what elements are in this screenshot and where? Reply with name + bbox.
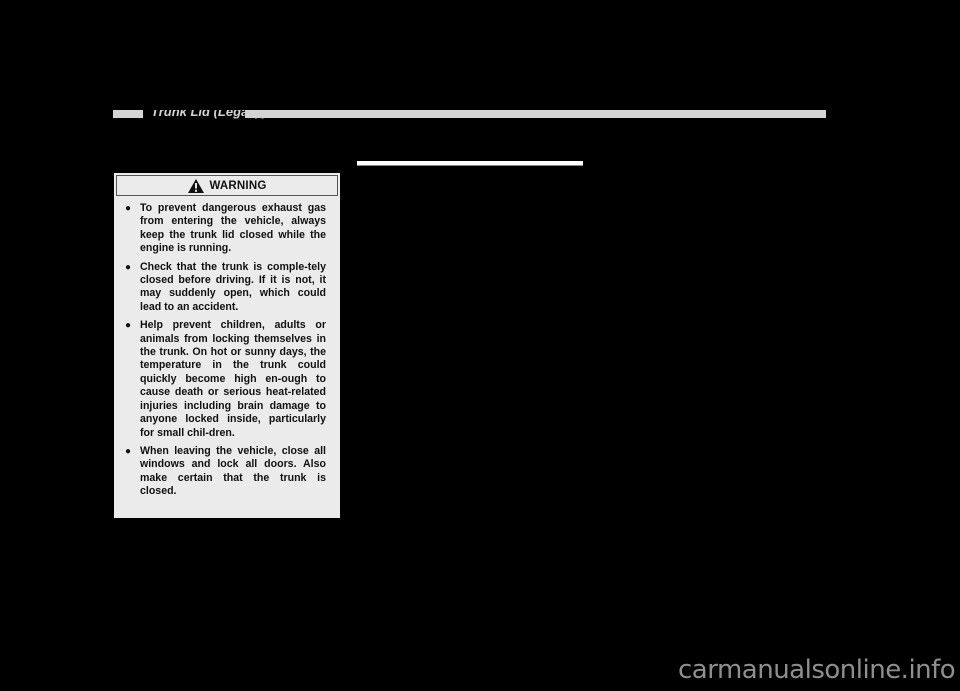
warning-item: ● When leaving the vehicle, close all wi…	[114, 445, 340, 499]
warning-box: WARNING ● To prevent dangerous exhaust g…	[114, 173, 340, 518]
page-number: 150	[113, 104, 138, 120]
warning-item-text: To prevent dangerous exhaust gas from en…	[140, 202, 326, 254]
watermark: carmanualsonline.info	[678, 655, 955, 685]
section-divider	[357, 161, 583, 166]
warning-item: ● To prevent dangerous exhaust gas from …	[114, 202, 340, 256]
warning-triangle-icon	[188, 179, 204, 193]
warning-header: WARNING	[116, 175, 338, 196]
bullet-icon: ●	[125, 202, 131, 215]
bullet-icon: ●	[125, 261, 131, 274]
bullet-icon: ●	[125, 445, 131, 458]
warning-item-text: Check that the trunk is comple-tely clos…	[140, 261, 326, 313]
section-title: Trunk Lid (Legacy)	[151, 104, 267, 120]
warning-item: ● Check that the trunk is comple-tely cl…	[114, 261, 340, 315]
warning-item: ● Help prevent children, adults or anima…	[114, 319, 340, 440]
warning-title: WARNING	[210, 180, 267, 192]
warning-list: ● To prevent dangerous exhaust gas from …	[114, 202, 340, 504]
bullet-icon: ●	[125, 319, 131, 332]
warning-item-text: Help prevent children, adults or animals…	[140, 319, 326, 438]
warning-item-text: When leaving the vehicle, close all wind…	[140, 445, 326, 497]
